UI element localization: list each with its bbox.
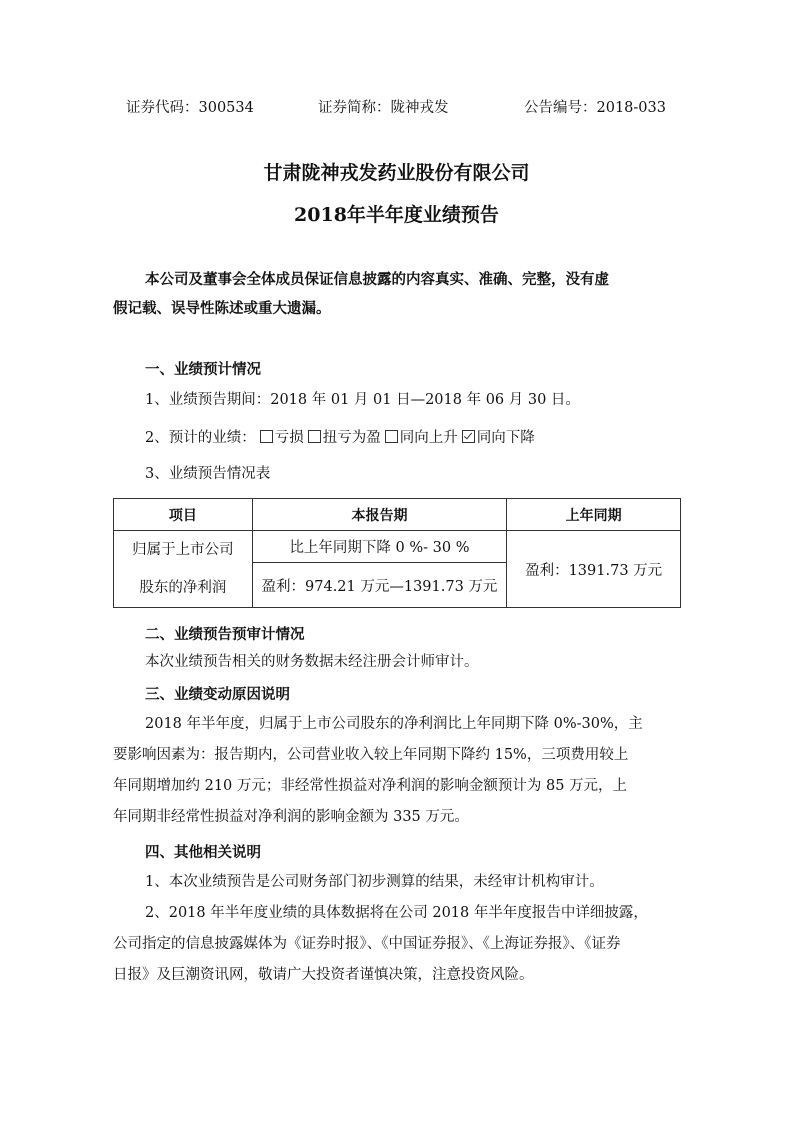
stock-code: 证券代码：300534 [126,96,254,117]
section-2-body: 本次业绩预告相关的财务数据未经注册会计师审计。 [145,653,479,671]
section-4-item-2-line-3: 日报》及巨潮资讯网，敬请广大投资者谨慎决策，注意投资风险。 [113,966,534,984]
section-4-item-2-line-2: 公司指定的信息披露媒体为《证券时报》、《中国证券报》、《上海证券报》、《证券 [113,935,621,953]
table-header-row: 项目 本报告期 上年同期 [114,499,681,531]
checkbox-decrease-checked[interactable] [462,430,475,443]
table-row: 归属于上市公司 股东的净利润 比上年同期下降 0 %- 30 % 盈利：1391… [114,531,681,563]
option-increase-label: 同向上升 [400,430,458,446]
report-title: 2018年半年度业绩预告 [0,200,793,227]
section-4-heading: 四、其他相关说明 [145,841,261,862]
checkbox-loss[interactable] [260,430,273,443]
forecast-table-caption: 3、业绩预告情况表 [145,465,270,483]
section-2-heading: 二、业绩预告预审计情况 [145,623,305,644]
announcement-number: 公告编号：2018-033 [524,96,666,117]
expected-performance: 2、预计的业绩：亏损扭亏为盈同向上升同向下降 [145,429,535,447]
checkbox-increase[interactable] [385,430,398,443]
forecast-table: 项目 本报告期 上年同期 归属于上市公司 股东的净利润 比上年同期下降 0 %-… [113,498,681,608]
row-label-line-2: 股东的净利润 [114,569,252,607]
section-3-line-2: 要影响因素为：报告期内，公司营业收入较上年同期下降约 15%，三项费用较上 [113,746,628,764]
current-change: 比上年同期下降 0 %- 30 % [252,531,507,563]
option-turnaround-label: 扭亏为盈 [323,430,381,446]
row-label-line-1: 归属于上市公司 [114,531,252,569]
statement-line-2: 假记载、误导性陈述或重大遗漏。 [113,300,331,318]
current-profit: 盈利：974.21 万元—1391.73 万元 [252,563,507,608]
prior-profit: 盈利：1391.73 万元 [507,531,681,608]
section-4-item-2-line-1: 2、2018 年半年度业绩的具体数据将在公司 2018 年半年度报告中详细披露， [145,904,648,922]
company-title: 甘肃陇神戎发药业股份有限公司 [0,158,793,185]
section-3-heading: 三、业绩变动原因说明 [145,683,290,704]
section-4-item-1: 1、本次业绩预告是公司财务部门初步测算的结果，未经审计机构审计。 [145,873,604,891]
header-current-period: 本报告期 [252,499,507,531]
forecast-period: 1、业绩预告期间：2018 年 01 月 01 日—2018 年 06 月 30… [145,391,580,409]
header-prior-period: 上年同期 [507,499,681,531]
section-3-line-3: 年同期增加约 210 万元；非经常性损益对净利润的影响金额预计为 85 万元，上 [113,777,627,795]
header-item: 项目 [114,499,253,531]
stock-abbreviation: 证券简称：陇神戎发 [318,96,449,117]
statement-line-1: 本公司及董事会全体成员保证信息披露的内容真实、准确、完整，没有虚 [145,271,609,289]
section-1-heading: 一、业绩预计情况 [145,358,261,379]
option-decrease-label: 同向下降 [477,430,535,446]
option-loss-label: 亏损 [275,430,304,446]
expected-performance-label: 2、预计的业绩： [145,430,256,446]
section-3-line-4: 年同期非经常性损益对净利润的影响金额为 335 万元。 [113,808,469,826]
section-3-line-1: 2018 年半年度，归属于上市公司股东的净利润比上年同期下降 0%-30%，主 [145,715,643,733]
checkbox-turnaround[interactable] [308,430,321,443]
row-label: 归属于上市公司 股东的净利润 [114,531,253,608]
